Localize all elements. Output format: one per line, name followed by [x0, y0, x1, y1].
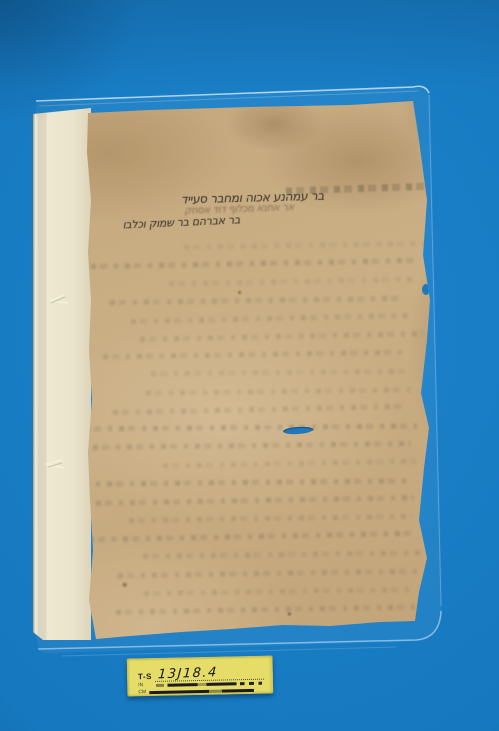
label-prefix: T-S: [138, 672, 152, 682]
faint-script-line: [93, 441, 411, 450]
manuscript-photograph: בר עמהנע אכוה ומחבר סעייד אר אתנא מכלוף …: [0, 0, 499, 731]
folder-leaf: [33, 108, 91, 640]
faint-script-line: [91, 258, 419, 269]
faint-script-line: [163, 459, 420, 468]
cm-scale-bar: [149, 689, 264, 694]
shelfmark-row: T-S 13J18.4: [138, 662, 264, 683]
faint-script-line: [129, 514, 411, 523]
faint-script-line: [118, 568, 419, 578]
inch-scale-caption: IN: [138, 683, 149, 688]
faint-script-line: [85, 424, 417, 432]
thread-mark: [48, 293, 72, 307]
faint-script-line: [110, 295, 403, 304]
classmark-dotted-line: 13J18.4: [155, 661, 264, 682]
cm-scale-row: CM: [138, 687, 264, 697]
faint-script-line: [96, 495, 414, 506]
cm-scale-caption: CM: [138, 690, 149, 695]
faint-script-line: [146, 387, 417, 395]
faint-script-line: [143, 551, 424, 560]
tear-hole: [422, 284, 430, 295]
faint-script-line: [184, 241, 424, 250]
faint-script-line: [103, 350, 402, 360]
faint-script-line: [131, 313, 407, 324]
faint-script-line: [116, 604, 428, 615]
faint-script-line: [89, 531, 417, 542]
faint-script-line: [169, 277, 414, 286]
shelfmark-label: T-S 13J18.4 IN CM: [127, 655, 274, 696]
handwritten-classmark: 13J18.4: [157, 665, 218, 682]
faint-script-line: [73, 478, 408, 486]
thread-mark: [44, 458, 68, 472]
faint-script-line: [151, 369, 407, 376]
faint-script-line: [113, 404, 404, 415]
faint-script-line: [140, 331, 423, 341]
faint-script-line: [144, 587, 415, 596]
